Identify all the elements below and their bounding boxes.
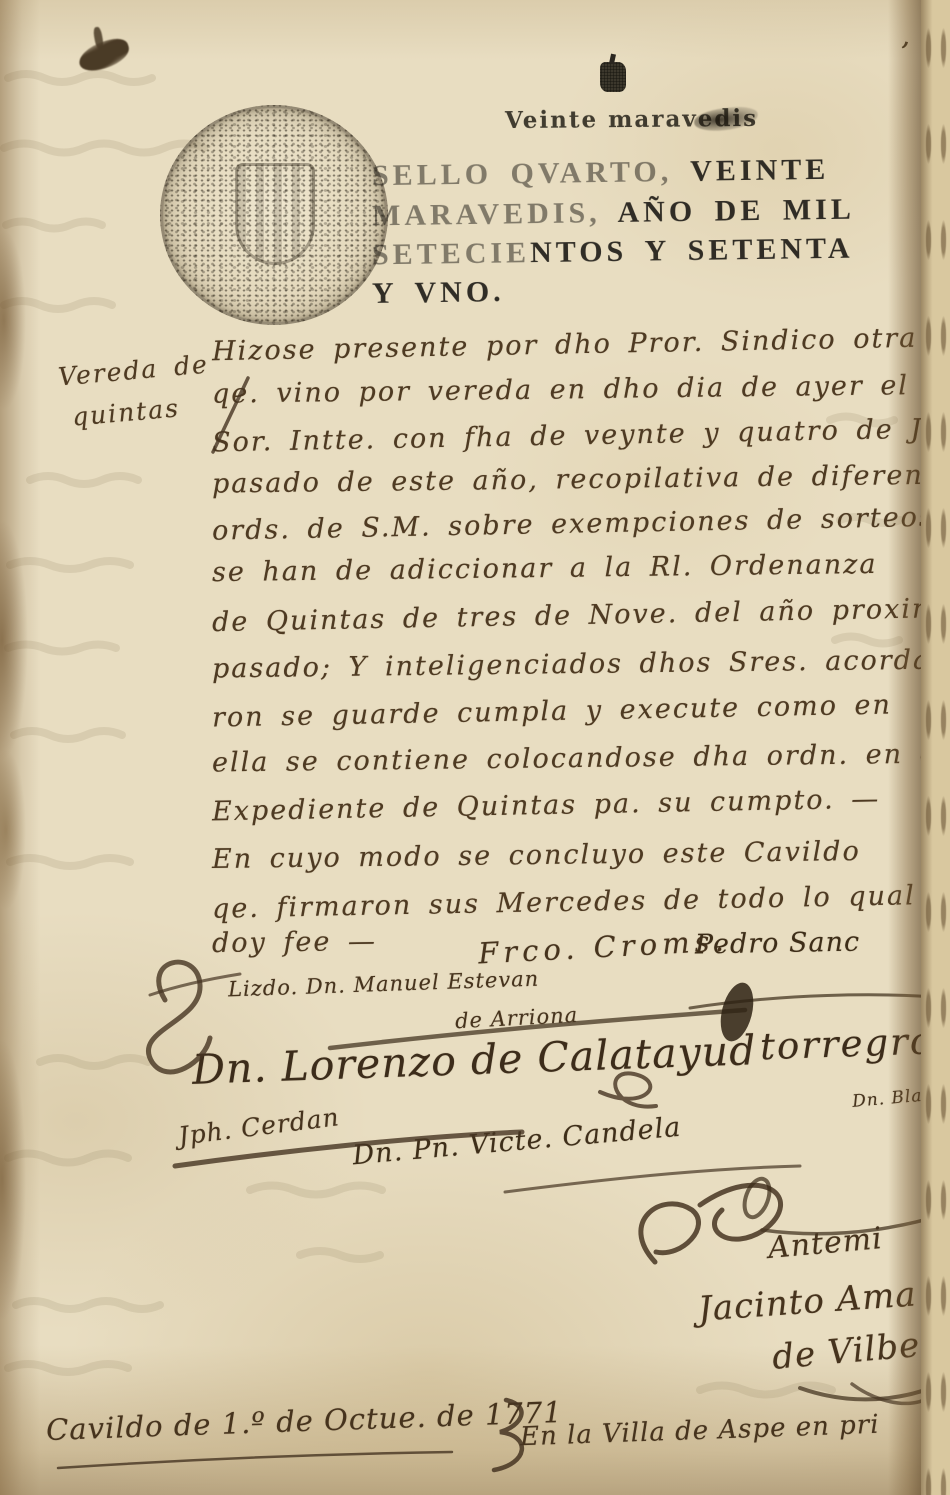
footer-villa-aspe: En la Villa de Aspe en pri — [520, 1410, 880, 1453]
stamp-line-3-dark: NTOS Y SETENTA — [530, 232, 854, 270]
torn-left-page-edge — [0, 0, 40, 1495]
manuscript-page: ’ Veinte maravedis SELLO QVARTO, VEINTE … — [0, 0, 950, 1495]
signature-pedro-line1: Pedro Sanc — [695, 927, 861, 961]
body-line: En cuyo modo se concluyo este Cavildo — [212, 836, 861, 875]
stamp-line-2: MARAVEDIS, AÑO DE MIL — [372, 193, 855, 234]
notary-name-line1: Jacinto Ama — [697, 1274, 918, 1329]
stamp-line-3-faint: SETECIE — [372, 236, 531, 271]
body-line: Hizose presente por dho Pror. Sindico ot… — [212, 320, 950, 367]
margin-note-line-1: Vereda de — [57, 349, 210, 391]
signature-licenciado-line2: de Arriona — [454, 1003, 578, 1033]
footer-underline — [58, 1452, 452, 1468]
signature-joseph: Jph. Cerdan — [177, 1102, 341, 1151]
royal-arms-seal-icon — [160, 105, 388, 325]
body-line: pasado de este año, recopilativa de dife… — [212, 459, 950, 499]
body-line: de Quintas de tres de Nove. del año prox… — [212, 593, 950, 638]
body-line: doy fee — — [212, 926, 377, 959]
signature-francisco: Frco. Croms. — [477, 923, 729, 970]
body-line: ords. de S.M. sobre exempciones de sorte… — [212, 500, 950, 546]
body-line: ron se guarde cumpla y execute como en — [212, 689, 892, 733]
adjacent-page-edge — [921, 0, 950, 1495]
signature-candela: Dn. Pn. Victe. Candela — [351, 1112, 682, 1172]
notary-ante-mi: Antemi — [767, 1221, 884, 1266]
stamp-line-2-dark: AÑO DE MIL — [617, 193, 855, 229]
ante-mi-flourish — [641, 1204, 699, 1262]
book-gutter-shadow — [888, 0, 924, 1495]
body-line: qe. vino por vereda en dho dia de ayer e… — [212, 369, 950, 409]
margin-note-line-2: quintas — [71, 393, 181, 431]
signature-licenciado-line1: Lizdo. Dn. Manuel Estevan — [228, 967, 540, 1002]
body-line: pasado; Y inteligenciados dhos Sres. aco… — [212, 645, 943, 685]
stamp-line-3: SETECIENTOS Y SETENTA — [372, 232, 854, 273]
stamp-line-4-dark: Y VNO. — [372, 275, 505, 310]
stamp-line-1: SELLO QVARTO, VEINTE — [372, 153, 830, 193]
stamp-line-4: Y VNO. — [372, 275, 505, 311]
stamp-line-2-faint: MARAVEDIS, — [372, 196, 618, 232]
body-line: Expediente de Quintas pa. su cumpto. — — [212, 784, 881, 828]
printer-ornament-icon — [600, 62, 626, 92]
stamp-line-1-faint: SELLO QVARTO, — [372, 155, 691, 192]
seal-shield-icon — [235, 163, 315, 265]
footer-cabildo-date: Cavildo de 1.º de Octue. de 1771 — [46, 1395, 564, 1447]
body-line: Sor. Intte. con fha de veynte y quatro d… — [212, 413, 950, 459]
body-line: qe. firmaron sus Mercedes de todo lo qua… — [212, 880, 916, 925]
stamp-line-1-dark: VEINTE — [690, 153, 829, 188]
body-line: ella se contiene colocandose dha ordn. e… — [212, 739, 949, 779]
signature-lorenzo: Dn. Lorenzo de Calatayud — [191, 1026, 757, 1094]
body-line: se han de adiccionar a la Rl. Ordenanza — [212, 549, 878, 588]
ink-blot-folio-mark — [75, 35, 132, 76]
